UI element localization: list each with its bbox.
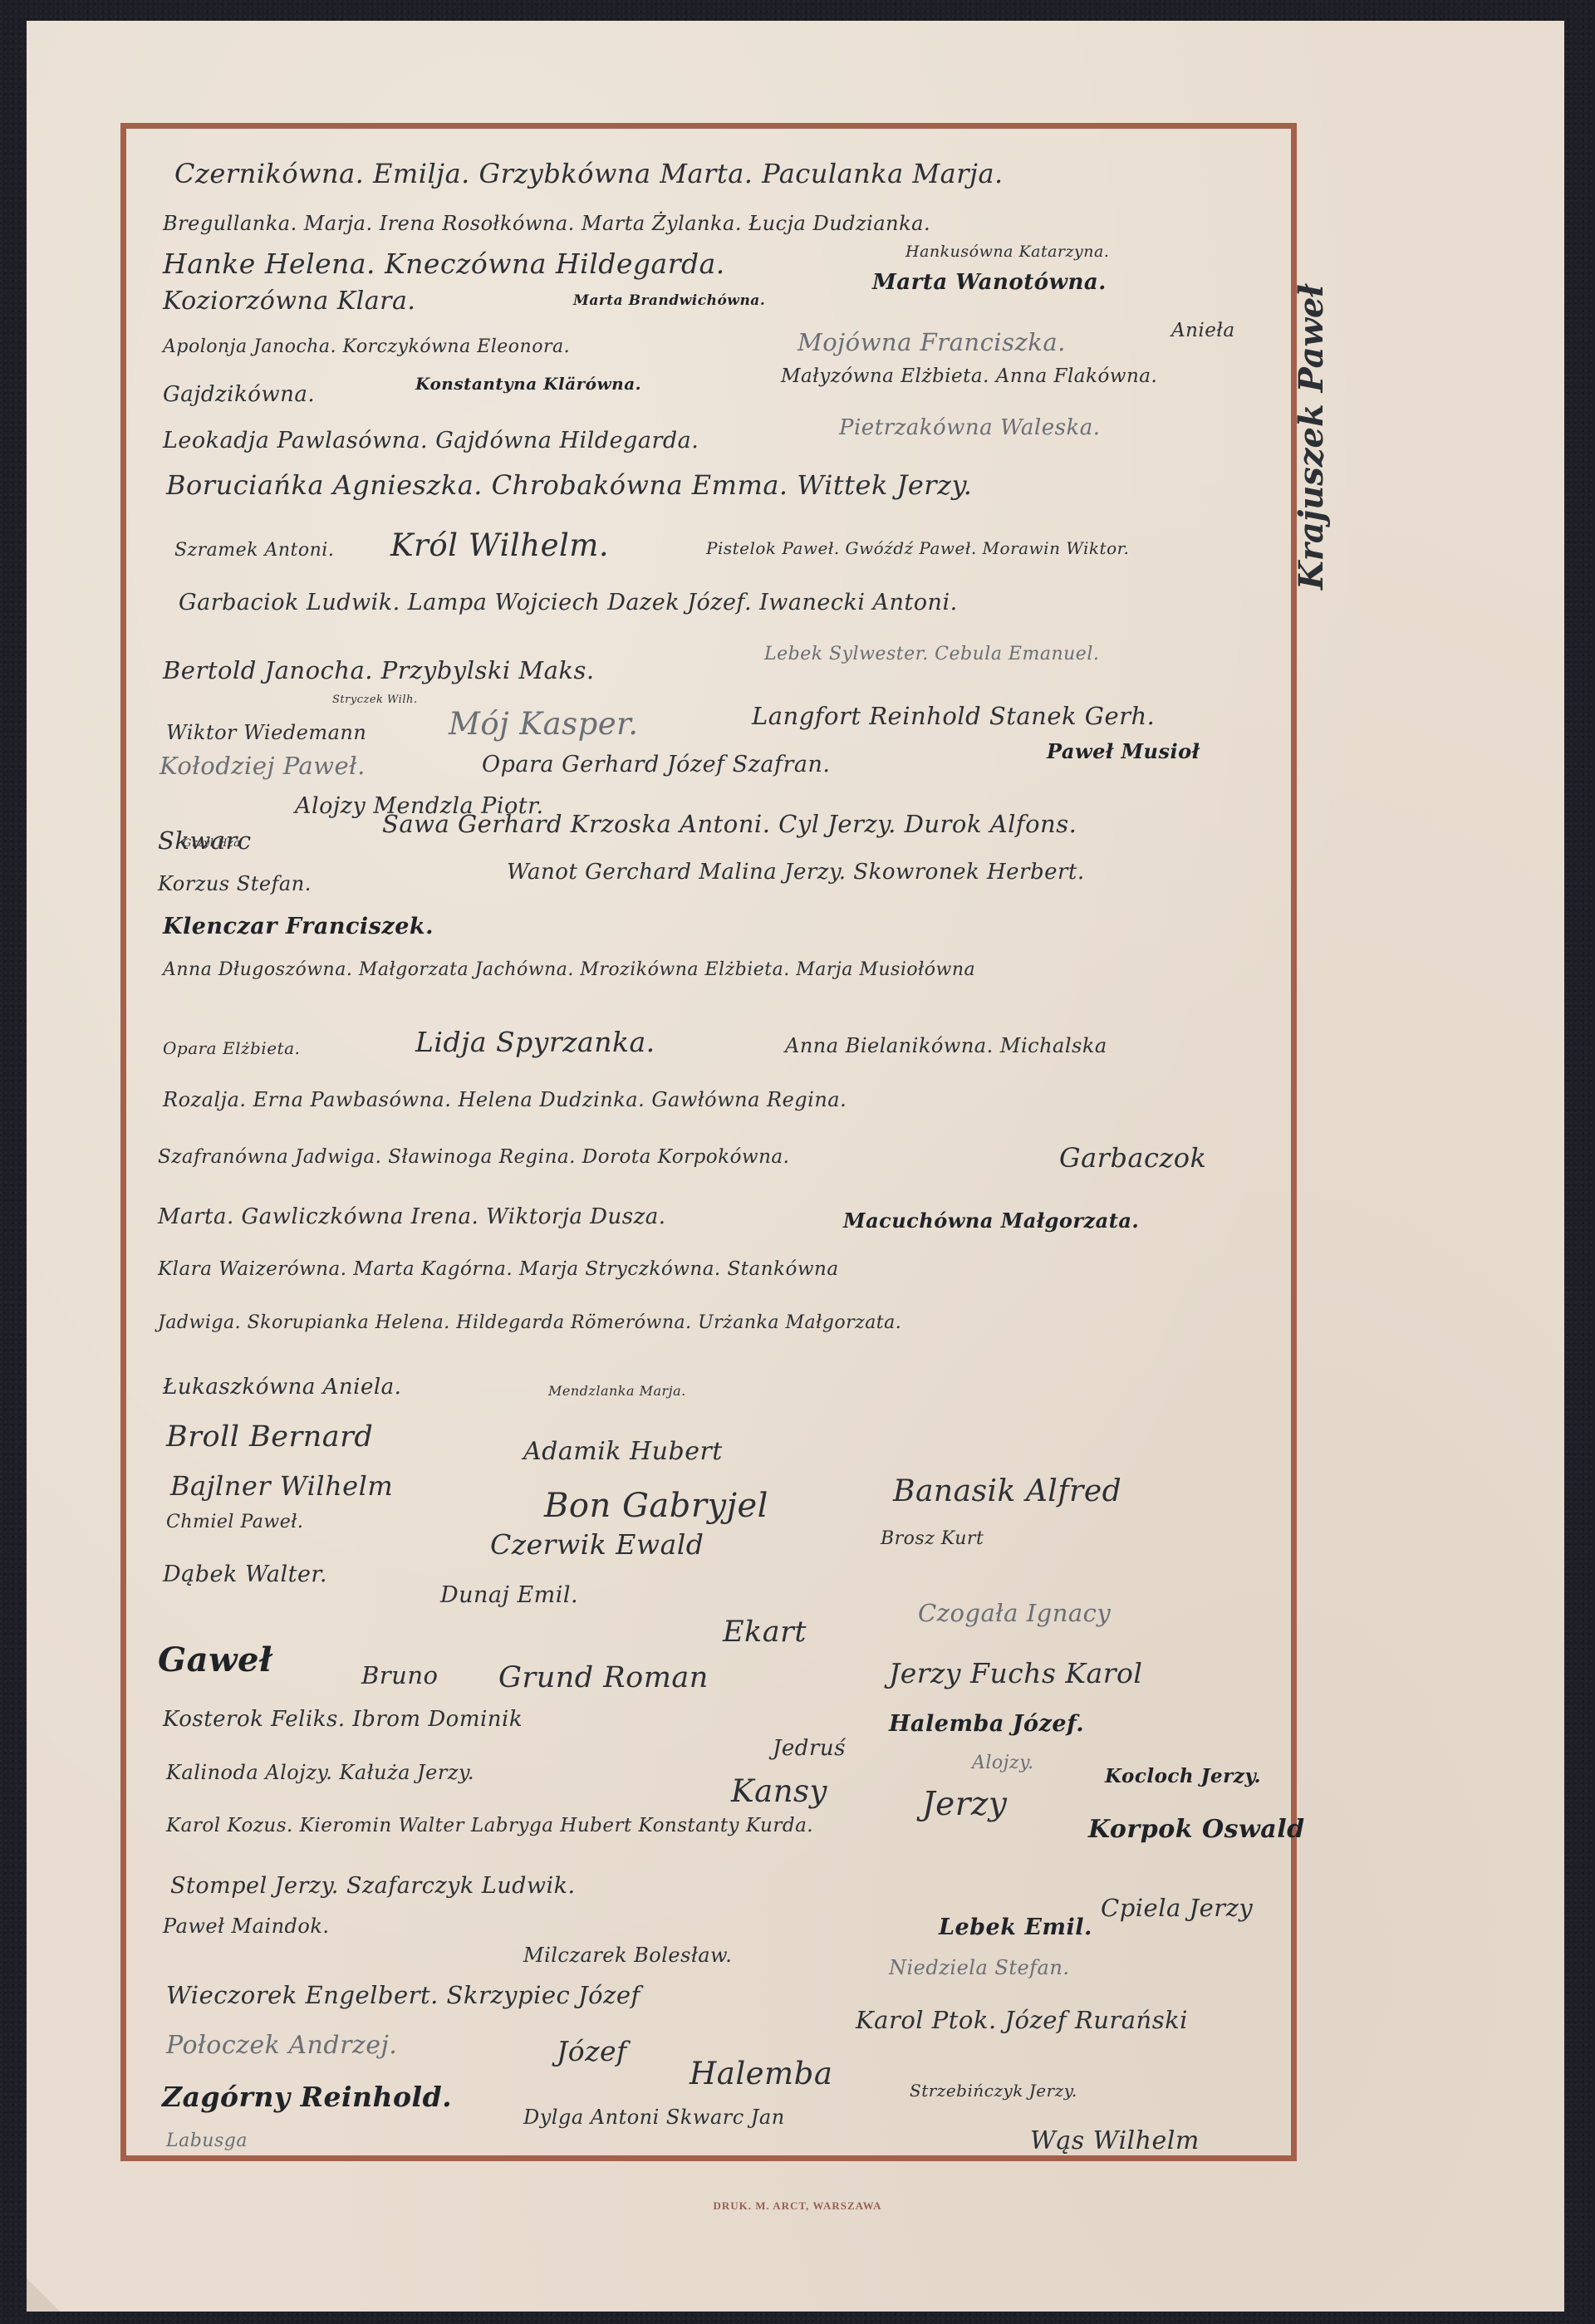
signature-line: Halemba — [690, 2056, 832, 2091]
signature-line: Rozalja. Erna Pawbasówna. Helena Dudzink… — [163, 1088, 847, 1111]
signature-line: Kosterok Feliks. Ibrom Dominik — [163, 1707, 523, 1732]
signature-line: Gaweł — [158, 1640, 272, 1679]
signature-line: Halemba Józef. — [889, 1711, 1084, 1737]
signature-line: Labusga — [166, 2130, 248, 2151]
signature-line: Konstantyna Klärówna. — [415, 374, 641, 394]
signature-line: Zagórny Reinhold. — [162, 2081, 452, 2113]
signature-line: Klara Waizerówna. Marta Kagórna. Marja S… — [158, 1258, 839, 1280]
signature-line: Czerwik Ewald — [490, 1528, 704, 1561]
signature-line: Lebek Emil. — [939, 1915, 1092, 1940]
signature-line: Jadwiga. Skorupianka Helena. Hildegarda … — [158, 1312, 901, 1333]
vertical-signature: Krajuszek Paweł — [1292, 284, 1331, 590]
signature-line: Pietrzakówna Waleska. — [839, 415, 1100, 440]
signature-line: Brosz Kurt — [881, 1528, 984, 1549]
signature-line: Łukaszkówna Aniela. — [163, 1375, 401, 1400]
signature-line: Paweł Musioł — [1047, 739, 1200, 763]
signature-line: Sawa Gerhard Krzoska Antoni. Cyl Jerzy. … — [382, 810, 1077, 838]
signature-line: Kołodziej Paweł. — [159, 752, 366, 780]
signature-line: Król Wilhelm. — [390, 527, 609, 563]
folded-corner — [27, 2278, 60, 2312]
signature-line: Banasik Alfred — [893, 1474, 1121, 1508]
signature-line: Milczarek Bolesław. — [523, 1944, 732, 1967]
signature-line: Wanot Gerchard Malina Jerzy. Skowronek H… — [507, 860, 1085, 885]
signature-line: Lebek Sylwester. Cebula Emanuel. — [764, 644, 1099, 664]
signature-line: Pistelok Paweł. Gwóźdź Paweł. Morawin Wi… — [706, 538, 1129, 558]
signature-line: Adamik Hubert — [523, 1437, 723, 1466]
signature-line: Dunaj Emil. — [440, 1582, 578, 1608]
signature-line: Szafranówna Jadwiga. Sławinoga Regina. D… — [158, 1146, 789, 1168]
signature-line: Anna Długoszówna. Małgorzata Jachówna. M… — [163, 959, 975, 980]
signature-line: Czogała Ignacy — [918, 1599, 1111, 1627]
signature-line: Korpok Oswald — [1088, 1815, 1305, 1844]
signature-line: Dąbek Walter. — [163, 1562, 327, 1587]
signature-line: Grund Roman — [498, 1661, 709, 1694]
signature-line: Mój Kasper. — [449, 706, 639, 742]
signature-line: Korzus Stefan. — [158, 872, 312, 895]
signature-line: Macuchówna Małgorzata. — [843, 1209, 1139, 1233]
signature-line: Grzyl Hza — [183, 837, 241, 850]
signature-line: Bregullanka. Marja. Irena Rosołkówna. Ma… — [163, 212, 930, 235]
signature-line: Lidja Spyrzanka. — [415, 1026, 655, 1058]
signature-line: Cpiela Jerzy — [1101, 1894, 1253, 1922]
signature-line: Hankusówna Katarzyna. — [905, 243, 1109, 261]
signature-line: Alojzy. — [972, 1753, 1034, 1773]
signature-line: Jerzy Fuchs Karol — [889, 1657, 1142, 1689]
signature-line: Jerzy — [922, 1786, 1007, 1823]
signature-line: Broll Bernard — [166, 1420, 373, 1454]
signature-line: Małyzówna Elżbieta. Anna Flakówna. — [781, 365, 1157, 387]
signature-line: Opara Elżbieta. — [163, 1038, 300, 1058]
signature-line: Stryczek Wilh. — [332, 694, 417, 706]
signature-line: Marta Wanotówna. — [872, 270, 1107, 295]
signature-line: Chmiel Paweł. — [166, 1512, 303, 1532]
signature-line: Czernikówna. Emilja. Grzybkówna Marta. P… — [174, 158, 1004, 189]
signature-line: Karol Kozus. Kieromin Walter Labryga Hub… — [166, 1815, 813, 1836]
signature-line: Wiktor Wiedemann — [166, 721, 366, 744]
signature-line: Bruno — [361, 1661, 439, 1689]
signature-line: Anieła — [1171, 320, 1235, 341]
signature-line: Apolonja Janocha. Korczykówna Eleonora. — [163, 336, 570, 357]
signature-line: Jedruś — [773, 1736, 846, 1761]
signature-line: Anna Bielanikówna. Michalska — [785, 1034, 1107, 1057]
signature-line: Bertold Janocha. Przybylski Maks. — [163, 656, 595, 684]
signature-line: Gajdzikówna. — [163, 382, 315, 407]
signature-line: Marta Brandwichówna. — [573, 292, 765, 309]
signature-line: Langfort Reinhold Stanek Gerh. — [752, 702, 1155, 730]
signature-line: Kansy — [731, 1773, 827, 1809]
signature-line: Koziorzówna Klara. — [163, 287, 415, 316]
signature-line: Wąs Wilhelm — [1030, 2126, 1200, 2155]
signature-line: Mendzlanka Marja. — [548, 1383, 686, 1399]
printer-imprint: DRUK. M. ARCT, WARSZAWA — [0, 2199, 1595, 2213]
signature-line: Bajlner Wilhelm — [170, 1470, 393, 1502]
signature-line: Leokadja Pawlasówna. Gajdówna Hildegarda… — [163, 428, 699, 454]
signature-line: Garbaczok — [1059, 1142, 1206, 1174]
signature-line: Szramek Antoni. — [174, 540, 334, 561]
signature-line: Ekart — [723, 1616, 807, 1649]
signature-line: Kocloch Jerzy. — [1105, 1765, 1261, 1787]
signature-line: Hanke Helena. Kneczówna Hildegarda. — [163, 248, 725, 280]
signature-line: Kalinoda Alojzy. Kałuża Jerzy. — [166, 1761, 474, 1784]
signature-line: Paweł Maindok. — [163, 1915, 330, 1938]
signature-line: Połoczek Andrzej. — [166, 2031, 397, 2060]
signature-line: Józef — [557, 2035, 627, 2067]
signature-line: Stompel Jerzy. Szafarczyk Ludwik. — [170, 1873, 576, 1899]
signature-line: Bon Gabryjel — [544, 1487, 768, 1525]
signature-line: Niedziela Stefan. — [889, 1956, 1069, 1979]
signature-line: Opara Gerhard Józef Szafran. — [482, 752, 830, 777]
signature-line: Klenczar Franciszek. — [163, 914, 434, 939]
signature-line: Mojówna Franciszka. — [797, 328, 1066, 356]
signature-line: Strzebińczyk Jerzy. — [910, 2081, 1077, 2101]
signature-line: Boruciańka Agnieszka. Chrobakówna Emma. … — [166, 469, 972, 501]
signature-line: Garbaciok Ludwik. Lampa Wojciech Dazek J… — [179, 590, 958, 615]
signature-line: Marta. Gawliczkówna Irena. Wiktorja Dusz… — [158, 1204, 666, 1229]
signature-line: Dylga Antoni Skwarc Jan — [523, 2106, 785, 2129]
signature-line: Karol Ptok. Józef Rurański — [856, 2006, 1188, 2034]
signature-line: Wieczorek Engelbert. Skrzypiec Józef — [166, 1981, 640, 2009]
